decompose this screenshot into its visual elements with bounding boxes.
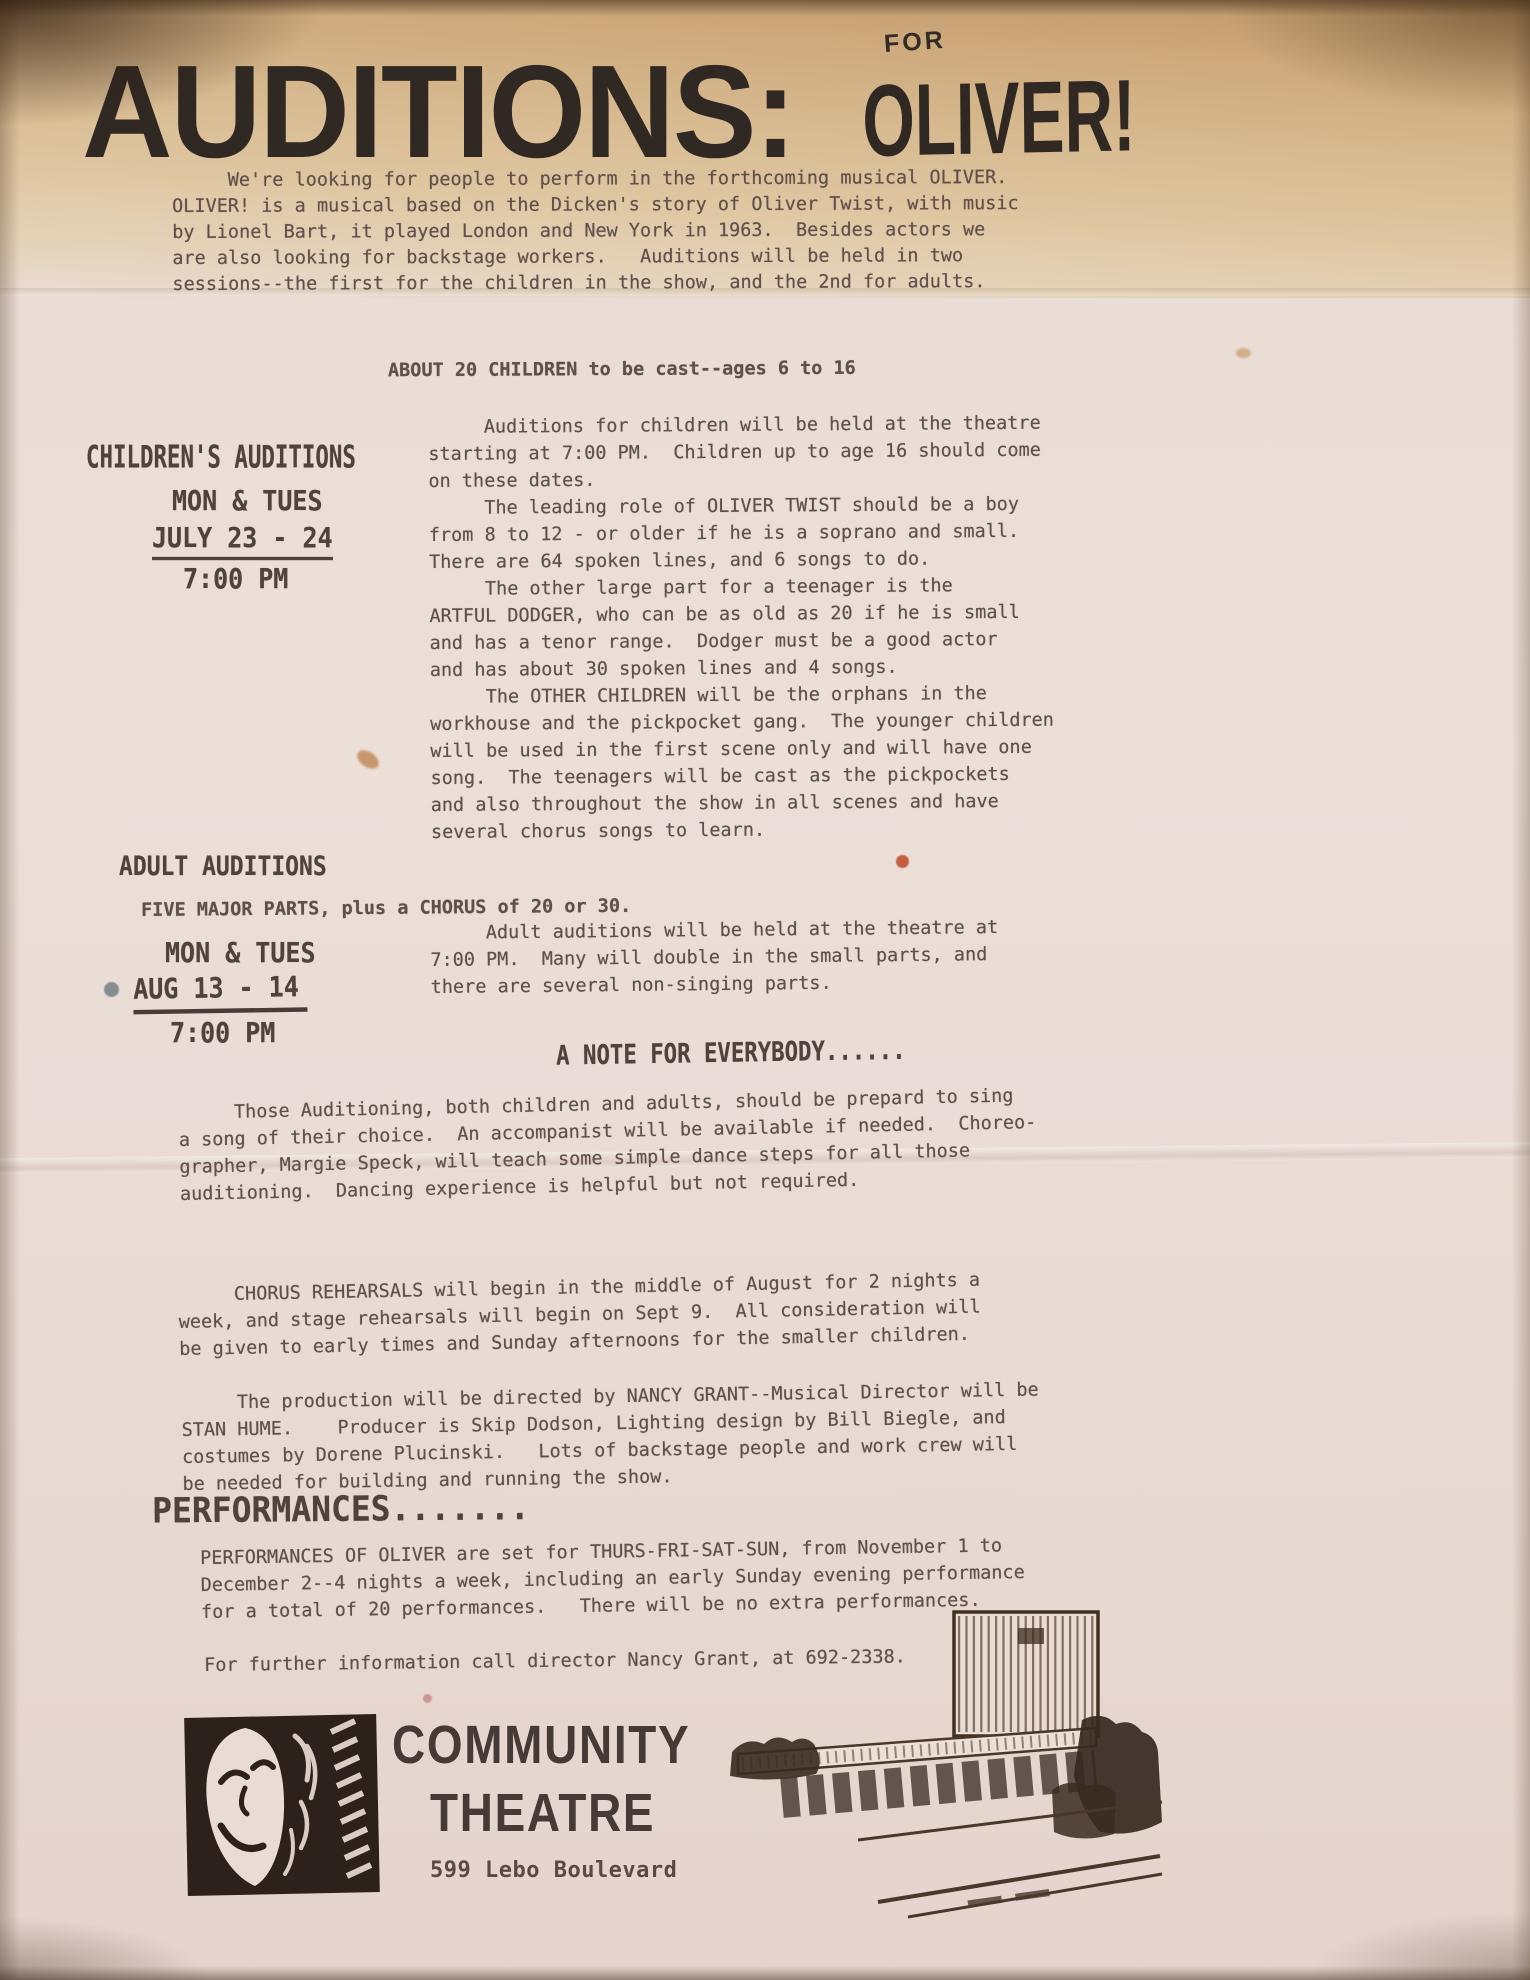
children-auditions-days: MON & TUES	[172, 484, 323, 516]
children-auditions-heading: CHILDREN'S AUDITIONS	[86, 440, 356, 476]
performances-heading: PERFORMANCES.......	[152, 1487, 530, 1531]
children-auditions-paragraph: Auditions for children will be held at t…	[428, 410, 1055, 846]
footer-org-name-line1: COMMUNITY	[392, 1714, 690, 1776]
audition-flyer-photo: AUDITIONS: FOR OLIVER! We're looking for…	[0, 0, 1530, 1980]
marker-dot	[104, 982, 119, 997]
stain-orange-smudge	[354, 746, 382, 772]
flyer-title-oliver: OLIVER!	[862, 64, 1136, 172]
comedy-tragedy-masks-icon	[183, 1710, 388, 1902]
note-for-everybody-paragraph: Those Auditioning, both children and adu…	[178, 1082, 1038, 1208]
stain-red-dot	[896, 855, 909, 868]
footer-address: 599 Lebo Boulevard	[430, 1858, 677, 1883]
intro-paragraph: We're looking for people to perform in t…	[172, 165, 1019, 298]
children-auditions-dates: JULY 23 - 24	[152, 521, 333, 560]
chorus-rehearsals-paragraph: CHORUS REHEARSALS will begin in the midd…	[178, 1267, 981, 1363]
adult-auditions-days: MON & TUES	[165, 936, 316, 968]
flyer-title-auditions: AUDITIONS:	[82, 46, 794, 178]
adult-auditions-heading: ADULT AUDITIONS	[119, 852, 327, 882]
footer-org-name-line2: THEATRE	[430, 1782, 655, 1844]
theatre-building-sketch-icon	[730, 1602, 1165, 1937]
adult-auditions-time: 7:00 PM	[170, 1016, 275, 1048]
stain-small-orange	[1236, 348, 1251, 358]
adult-auditions-dates: AUG 13 - 14	[133, 970, 307, 1014]
adult-auditions-paragraph: Adult auditions will be held at the thea…	[430, 914, 999, 1001]
children-auditions-time: 7:00 PM	[183, 562, 288, 594]
stain-pink-dot	[423, 1694, 432, 1703]
flyer-title-for-handwritten: FOR	[883, 26, 947, 59]
production-staff-paragraph: The production will be directed by NANCY…	[181, 1377, 1040, 1498]
children-casting-note: ABOUT 20 CHILDREN to be cast--ages 6 to …	[388, 355, 856, 384]
note-for-everybody-heading: A NOTE FOR EVERYBODY......	[556, 1034, 906, 1071]
